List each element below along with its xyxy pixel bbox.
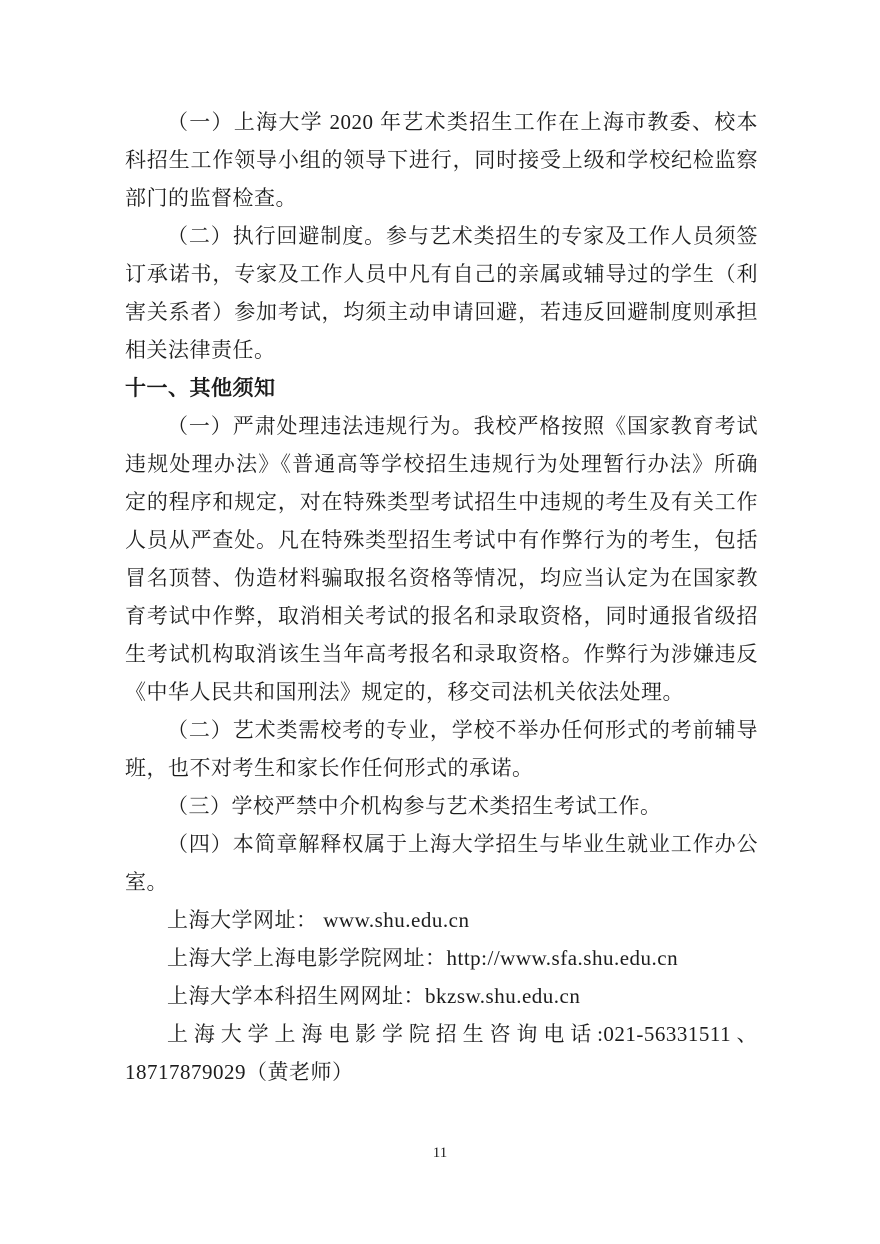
para-supervision: （一）上海大学 2020 年艺术类招生工作在上海市教委、校本科招生工作领导小组的… (125, 103, 758, 217)
page-number: 11 (0, 1144, 880, 1162)
document-body: （一）上海大学 2020 年艺术类招生工作在上海市教委、校本科招生工作领导小组的… (125, 103, 758, 1091)
line-admissions-website: 上海大学本科招生网网址：bkzsw.shu.edu.cn (125, 977, 758, 1015)
para-no-agency-involvement: （三）学校严禁中介机构参与艺术类招生考试工作。 (125, 787, 758, 825)
line-sfa-website: 上海大学上海电影学院网址：http://www.sfa.shu.edu.cn (125, 939, 758, 977)
para-no-tutoring-classes: （二）艺术类需校考的专业，学校不举办任何形式的考前辅导班，也不对考生和家长作任何… (125, 711, 758, 787)
line-consult-phone: 上海大学上海电影学院招生咨询电话:021-56331511、1871787902… (125, 1015, 758, 1091)
para-recusal-policy: （二）执行回避制度。参与艺术类招生的专家及工作人员须签订承诺书，专家及工作人员中… (125, 217, 758, 369)
line-shu-website: 上海大学网址： www.shu.edu.cn (125, 901, 758, 939)
para-violation-handling: （一）严肃处理违法违规行为。我校严格按照《国家教育考试违规处理办法》《普通高等学… (125, 407, 758, 711)
document-page: （一）上海大学 2020 年艺术类招生工作在上海市教委、校本科招生工作领导小组的… (0, 0, 880, 1244)
section-heading-other-notes: 十一、其他须知 (125, 369, 758, 407)
para-interpretation-rights: （四）本简章解释权属于上海大学招生与毕业生就业工作办公室。 (125, 825, 758, 901)
